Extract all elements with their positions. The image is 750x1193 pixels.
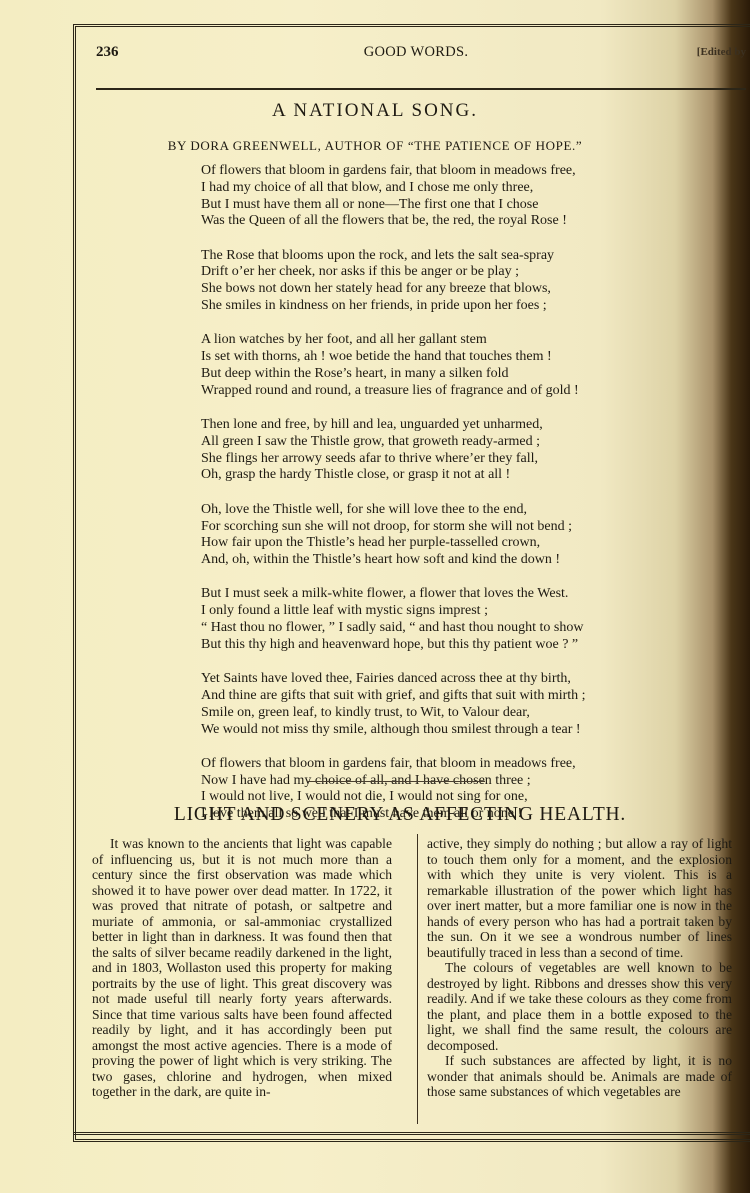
poem-stanza: The Rose that blooms upon the rock, and … [201, 248, 661, 315]
article-column-right: active, they simply do nothing ; but all… [427, 836, 732, 1100]
poem-line: She flings her arrowy seeds afar to thri… [201, 451, 661, 468]
poem-line: Wrapped round and round, a treasure lies… [201, 383, 661, 400]
column-divider [417, 834, 418, 1124]
poem-line: Was the Queen of all the flowers that be… [201, 213, 661, 230]
poem-line: Oh, love the Thistle well, for she will … [201, 502, 661, 519]
poem-line: Smile on, green leaf, to kindly trust, t… [201, 705, 661, 722]
poem-stanza: But I must seek a milk-white flower, a f… [201, 586, 661, 653]
poem-line: Drift o’er her cheek, nor asks if this b… [201, 264, 661, 281]
poem-stanza: Then lone and free, by hill and lea, ung… [201, 417, 661, 484]
article-paragraph: active, they simply do nothing ; but all… [427, 836, 732, 960]
poem-stanza: A lion watches by her foot, and all her … [201, 332, 661, 399]
poem-title: A NATIONAL SONG. [0, 100, 750, 122]
poem-line: A lion watches by her foot, and all her … [201, 332, 661, 349]
poem-body: Of flowers that bloom in gardens fair, t… [201, 163, 661, 841]
article-paragraph: If such substances are affected by light… [427, 1053, 732, 1100]
section-divider [307, 781, 485, 782]
poem-line: And, oh, within the Thistle’s heart how … [201, 552, 661, 569]
poem-line: All green I saw the Thistle grow, that g… [201, 434, 661, 451]
poem-line: I had my choice of all that blow, and I … [201, 180, 661, 197]
poem-line: I only found a little leaf with mystic s… [201, 603, 661, 620]
journal-title: GOOD WORDS. [96, 44, 736, 61]
edited-by-note: [Edited by [697, 46, 746, 58]
poem-line: She smiles in kindness on her friends, i… [201, 298, 661, 315]
poem-line: But deep within the Rose’s heart, in man… [201, 366, 661, 383]
poem-line: Oh, grasp the hardy Thistle close, or gr… [201, 467, 661, 484]
poem-line: The Rose that blooms upon the rock, and … [201, 248, 661, 265]
poem-line: How fair upon the Thistle’s head her pur… [201, 535, 661, 552]
article-title: LIGHT AND SCENERY AS AFFECTING HEALTH. [0, 804, 750, 826]
poem-line: “ Hast thou no flower, ” I sadly said, “… [201, 620, 661, 637]
footer-rule [73, 1132, 750, 1135]
poem-stanza: Of flowers that bloom in gardens fair, t… [201, 163, 661, 230]
poem-line: But I must have them all or none—The fir… [201, 197, 661, 214]
article-paragraph: The colours of vegetables are well known… [427, 960, 732, 1053]
poem-line: But this thy high and heavenward hope, b… [201, 637, 661, 654]
article-column-left: It was known to the ancients that light … [92, 836, 392, 1100]
poem-line: She bows not down her stately head for a… [201, 281, 661, 298]
poem-line: Of flowers that bloom in gardens fair, t… [201, 163, 661, 180]
poem-line: Of flowers that bloom in gardens fair, t… [201, 756, 661, 773]
poem-line: We would not miss thy smile, although th… [201, 722, 661, 739]
poem-line: Then lone and free, by hill and lea, ung… [201, 417, 661, 434]
poem-line: For scorching sun she will not droop, fo… [201, 519, 661, 536]
poem-stanza: Yet Saints have loved thee, Fairies danc… [201, 671, 661, 738]
article-paragraph: It was known to the ancients that light … [92, 836, 392, 1100]
poem-line: Is set with thorns, ah ! woe betide the … [201, 349, 661, 366]
poem-line: And thine are gifts that suit with grief… [201, 688, 661, 705]
poem-line: Yet Saints have loved thee, Fairies danc… [201, 671, 661, 688]
poem-byline: BY DORA GREENWELL, AUTHOR OF “THE PATIEN… [0, 138, 750, 154]
header-rule [96, 88, 746, 90]
poem-line: But I must seek a milk-white flower, a f… [201, 586, 661, 603]
poem-stanza: Oh, love the Thistle well, for she will … [201, 502, 661, 569]
running-head: 236 GOOD WORDS. [Edited by [96, 42, 736, 66]
